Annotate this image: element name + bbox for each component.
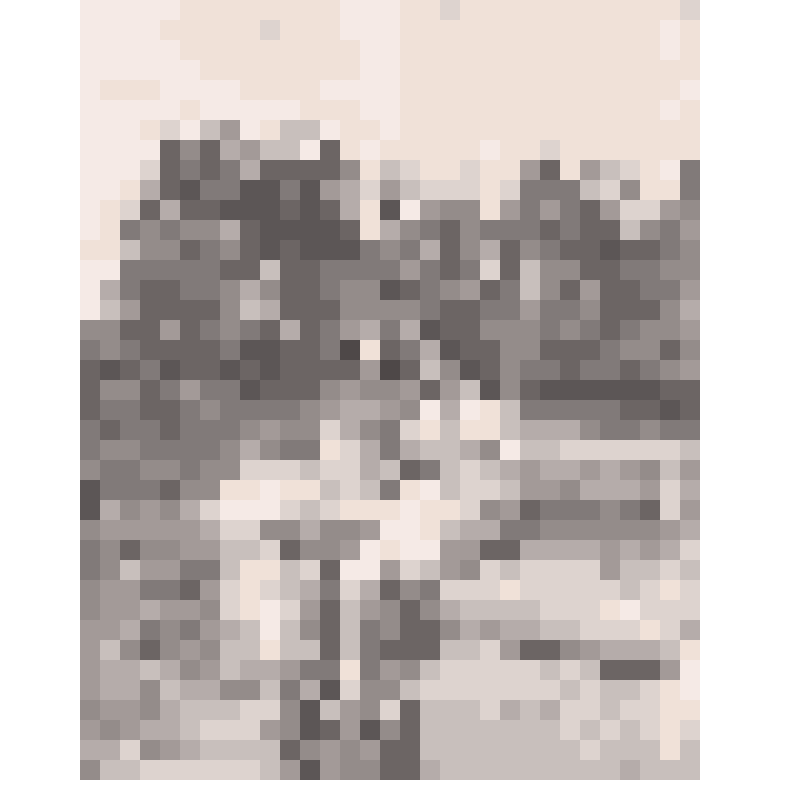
pixel-block (340, 280, 360, 300)
pixel-block (400, 0, 420, 20)
pixel-block (120, 440, 140, 460)
pixel-block (200, 500, 220, 520)
pixel-block (260, 500, 280, 520)
pixel-block (660, 580, 680, 600)
pixel-block (660, 220, 680, 240)
pixel-block (300, 380, 320, 400)
pixel-block (460, 360, 480, 380)
pixel-block (260, 740, 280, 760)
pixel-block (380, 720, 400, 740)
pixel-block (300, 120, 320, 140)
pixel-block (260, 360, 280, 380)
pixel-block (680, 240, 700, 260)
pixel-block (660, 0, 680, 20)
pixel-block (640, 80, 660, 100)
pixel-block (160, 240, 180, 260)
pixel-block (660, 20, 680, 40)
pixel-block (220, 360, 240, 380)
pixel-block (120, 280, 140, 300)
pixel-block (500, 460, 520, 480)
pixel-block (620, 340, 640, 360)
pixel-block (660, 740, 680, 760)
pixel-block (80, 160, 100, 180)
pixel-block (180, 580, 200, 600)
pixel-block (160, 360, 180, 380)
pixel-block (380, 480, 400, 500)
pixel-block (240, 300, 260, 320)
pixel-block (160, 80, 180, 100)
pixel-block (320, 480, 340, 500)
pixel-block (220, 760, 240, 780)
pixel-block (140, 600, 160, 620)
pixel-block (440, 180, 460, 200)
pixel-block (140, 220, 160, 240)
pixel-block (140, 120, 160, 140)
pixel-block (320, 360, 340, 380)
pixel-block (120, 60, 140, 80)
pixel-block (500, 500, 520, 520)
pixel-block (320, 380, 340, 400)
pixel-block (380, 540, 400, 560)
pixel-block (100, 120, 120, 140)
pixel-block (180, 0, 200, 20)
pixel-block (160, 260, 180, 280)
pixel-block (340, 580, 360, 600)
pixel-block (580, 600, 600, 620)
pixel-block (500, 740, 520, 760)
pixel-block (180, 640, 200, 660)
pixel-block (640, 560, 660, 580)
pixel-block (640, 20, 660, 40)
pixel-block (420, 220, 440, 240)
pixel-block (140, 260, 160, 280)
pixel-block (440, 760, 460, 780)
pixel-block (280, 40, 300, 60)
pixel-block (160, 540, 180, 560)
pixel-block (560, 480, 580, 500)
pixel-block (460, 100, 480, 120)
pixel-block (100, 720, 120, 740)
pixel-block (340, 700, 360, 720)
pixel-block (560, 340, 580, 360)
pixel-block (260, 600, 280, 620)
pixel-block (220, 280, 240, 300)
pixel-block (120, 360, 140, 380)
pixel-block (340, 620, 360, 640)
pixel-block (380, 140, 400, 160)
pixel-block (260, 40, 280, 60)
pixel-block (560, 680, 580, 700)
pixel-block (580, 380, 600, 400)
pixel-block (380, 20, 400, 40)
pixel-block (480, 380, 500, 400)
pixel-block (540, 80, 560, 100)
pixel-block (480, 420, 500, 440)
pixel-block (680, 680, 700, 700)
pixel-block (620, 460, 640, 480)
pixel-block (680, 420, 700, 440)
pixel-block (640, 640, 660, 660)
pixel-block (480, 20, 500, 40)
pixel-block (520, 180, 540, 200)
pixel-block (300, 80, 320, 100)
pixel-block (220, 460, 240, 480)
pixel-block (140, 720, 160, 740)
pixel-block (280, 360, 300, 380)
pixel-block (280, 320, 300, 340)
pixel-block (580, 120, 600, 140)
pixel-block (640, 240, 660, 260)
pixel-block (560, 400, 580, 420)
page-background (0, 0, 800, 800)
pixel-block (300, 300, 320, 320)
pixel-block (680, 100, 700, 120)
pixel-block (600, 500, 620, 520)
pixel-block (380, 340, 400, 360)
pixel-block (200, 720, 220, 740)
pixel-block (520, 60, 540, 80)
pixel-block (560, 200, 580, 220)
pixel-block (540, 380, 560, 400)
pixel-block (200, 400, 220, 420)
pixel-block (240, 660, 260, 680)
pixel-block (440, 140, 460, 160)
pixel-block (160, 40, 180, 60)
pixel-block (600, 340, 620, 360)
pixel-block (180, 440, 200, 460)
pixel-block (540, 180, 560, 200)
pixel-block (500, 80, 520, 100)
pixel-block (260, 340, 280, 360)
pixel-block (480, 40, 500, 60)
pixel-block (240, 260, 260, 280)
pixel-block (580, 280, 600, 300)
pixel-block (380, 320, 400, 340)
pixel-block (520, 120, 540, 140)
pixel-block (140, 640, 160, 660)
pixel-block (100, 40, 120, 60)
pixel-block (680, 720, 700, 740)
pixel-block (180, 220, 200, 240)
pixel-block (680, 540, 700, 560)
pixel-block (140, 60, 160, 80)
pixel-block (460, 60, 480, 80)
pixel-block (540, 200, 560, 220)
pixel-block (180, 600, 200, 620)
pixel-block (360, 260, 380, 280)
pixel-block (520, 320, 540, 340)
pixel-block (680, 580, 700, 600)
pixel-block (620, 480, 640, 500)
pixel-block (480, 460, 500, 480)
pixel-block (500, 600, 520, 620)
pixel-block (300, 420, 320, 440)
pixel-block (280, 160, 300, 180)
pixel-block (120, 20, 140, 40)
pixel-block (440, 460, 460, 480)
pixel-block (520, 40, 540, 60)
pixel-block (500, 300, 520, 320)
pixel-block (180, 560, 200, 580)
pixel-block (140, 240, 160, 260)
pixel-block (220, 160, 240, 180)
pixel-block (400, 40, 420, 60)
pixel-block (580, 140, 600, 160)
pixel-block (440, 240, 460, 260)
pixel-block (680, 360, 700, 380)
pixel-block (320, 160, 340, 180)
pixel-block (680, 740, 700, 760)
pixel-block (380, 60, 400, 80)
pixel-block (640, 0, 660, 20)
pixel-block (260, 720, 280, 740)
pixel-block (160, 600, 180, 620)
pixel-block (200, 220, 220, 240)
pixel-block (520, 240, 540, 260)
pixel-block (360, 160, 380, 180)
pixel-block (100, 520, 120, 540)
pixel-block (120, 80, 140, 100)
pixel-block (120, 700, 140, 720)
pixel-block (300, 600, 320, 620)
pixel-block (440, 680, 460, 700)
pixel-block (600, 740, 620, 760)
pixel-block (260, 200, 280, 220)
pixel-block (280, 480, 300, 500)
pixel-block (320, 320, 340, 340)
pixel-block (660, 700, 680, 720)
pixel-block (640, 400, 660, 420)
pixel-block (420, 680, 440, 700)
pixel-block (580, 620, 600, 640)
pixel-block (440, 360, 460, 380)
pixel-block (460, 740, 480, 760)
pixel-block (580, 260, 600, 280)
pixel-block (480, 100, 500, 120)
pixel-block (340, 740, 360, 760)
pixel-block (680, 60, 700, 80)
pixel-block (260, 700, 280, 720)
pixel-block (560, 20, 580, 40)
pixel-block (300, 540, 320, 560)
pixel-block (520, 140, 540, 160)
pixel-block (80, 480, 100, 500)
pixel-block (440, 320, 460, 340)
pixel-block (180, 480, 200, 500)
pixel-block (440, 100, 460, 120)
pixel-block (400, 440, 420, 460)
pixel-block (500, 120, 520, 140)
pixel-block (500, 480, 520, 500)
pixel-block (140, 100, 160, 120)
pixel-block (240, 340, 260, 360)
pixel-block (240, 140, 260, 160)
pixel-block (520, 420, 540, 440)
pixel-block (520, 300, 540, 320)
pixel-block (400, 360, 420, 380)
pixel-block (380, 560, 400, 580)
pixel-block (200, 680, 220, 700)
pixel-block (420, 600, 440, 620)
pixel-block (180, 20, 200, 40)
pixel-block (260, 140, 280, 160)
pixel-block (540, 280, 560, 300)
pixel-block (480, 740, 500, 760)
pixel-block (380, 300, 400, 320)
pixel-block (500, 240, 520, 260)
pixel-block (80, 720, 100, 740)
pixel-block (620, 160, 640, 180)
pixel-block (460, 480, 480, 500)
pixel-block (360, 100, 380, 120)
pixel-block (620, 280, 640, 300)
pixel-block (400, 180, 420, 200)
pixel-block (600, 600, 620, 620)
pixel-block (300, 160, 320, 180)
pixel-block (420, 300, 440, 320)
pixel-block (400, 680, 420, 700)
pixel-block (680, 660, 700, 680)
pixel-block (440, 60, 460, 80)
pixel-block (540, 480, 560, 500)
pixel-block (360, 560, 380, 580)
pixel-block (520, 580, 540, 600)
pixel-block (600, 20, 620, 40)
pixel-block (80, 320, 100, 340)
pixel-block (460, 200, 480, 220)
pixel-block (580, 0, 600, 20)
pixel-block (220, 100, 240, 120)
pixel-block (340, 660, 360, 680)
pixel-block (280, 0, 300, 20)
pixel-block (180, 300, 200, 320)
pixel-block (260, 280, 280, 300)
pixel-block (660, 480, 680, 500)
pixel-block (540, 460, 560, 480)
pixel-block (260, 680, 280, 700)
pixel-block (340, 80, 360, 100)
pixel-block (80, 660, 100, 680)
pixel-block (300, 760, 320, 780)
pixel-block (420, 120, 440, 140)
pixel-block (180, 340, 200, 360)
pixel-block (100, 580, 120, 600)
pixel-block (540, 740, 560, 760)
pixel-block (440, 200, 460, 220)
pixel-block (600, 620, 620, 640)
pixel-block (480, 520, 500, 540)
pixel-block (460, 460, 480, 480)
pixel-block (560, 220, 580, 240)
pixel-block (300, 680, 320, 700)
pixel-block (300, 460, 320, 480)
pixel-block (660, 640, 680, 660)
pixel-block (520, 640, 540, 660)
pixel-block (420, 540, 440, 560)
pixel-block (140, 580, 160, 600)
pixel-block (360, 320, 380, 340)
pixel-block (560, 240, 580, 260)
pixel-block (180, 380, 200, 400)
pixel-block (360, 80, 380, 100)
pixel-block (300, 180, 320, 200)
pixel-block (500, 340, 520, 360)
pixel-block (540, 160, 560, 180)
pixel-block (440, 80, 460, 100)
pixel-block (560, 700, 580, 720)
pixel-block (600, 480, 620, 500)
pixel-block (220, 680, 240, 700)
pixel-block (660, 460, 680, 480)
pixel-block (640, 340, 660, 360)
pixel-block (600, 40, 620, 60)
pixel-block (560, 380, 580, 400)
pixel-block (360, 360, 380, 380)
pixel-block (80, 740, 100, 760)
pixel-block (100, 80, 120, 100)
pixel-block (360, 580, 380, 600)
pixel-block (560, 560, 580, 580)
pixel-block (600, 400, 620, 420)
pixel-block (260, 260, 280, 280)
pixel-block (560, 40, 580, 60)
pixel-block (420, 20, 440, 40)
pixel-block (420, 380, 440, 400)
pixel-block (640, 760, 660, 780)
pixel-block (300, 500, 320, 520)
pixel-block (180, 60, 200, 80)
pixel-block (460, 140, 480, 160)
pixel-block (340, 460, 360, 480)
pixel-block (200, 0, 220, 20)
pixel-block (440, 380, 460, 400)
pixel-block (260, 540, 280, 560)
pixel-block (220, 20, 240, 40)
pixel-block (220, 200, 240, 220)
pixel-block (120, 540, 140, 560)
pixel-block (160, 620, 180, 640)
pixel-block (200, 700, 220, 720)
pixel-block (520, 0, 540, 20)
pixel-block (200, 180, 220, 200)
pixel-block (500, 560, 520, 580)
pixel-block (220, 380, 240, 400)
pixel-block (220, 60, 240, 80)
pixel-block (320, 60, 340, 80)
pixel-block (520, 280, 540, 300)
pixel-block (440, 20, 460, 40)
pixel-block (200, 620, 220, 640)
pixel-block (320, 440, 340, 460)
pixel-block (260, 400, 280, 420)
pixel-block (200, 420, 220, 440)
pixel-block (380, 220, 400, 240)
pixel-block (340, 600, 360, 620)
pixel-block (300, 240, 320, 260)
pixel-block (540, 760, 560, 780)
pixel-block (420, 520, 440, 540)
pixel-block (660, 620, 680, 640)
pixel-block (180, 460, 200, 480)
pixel-block (220, 180, 240, 200)
pixel-block (480, 720, 500, 740)
pixel-block (600, 60, 620, 80)
pixel-block (640, 380, 660, 400)
pixel-block (260, 640, 280, 660)
pixel-block (160, 660, 180, 680)
pixel-block (540, 440, 560, 460)
pixel-block (100, 760, 120, 780)
